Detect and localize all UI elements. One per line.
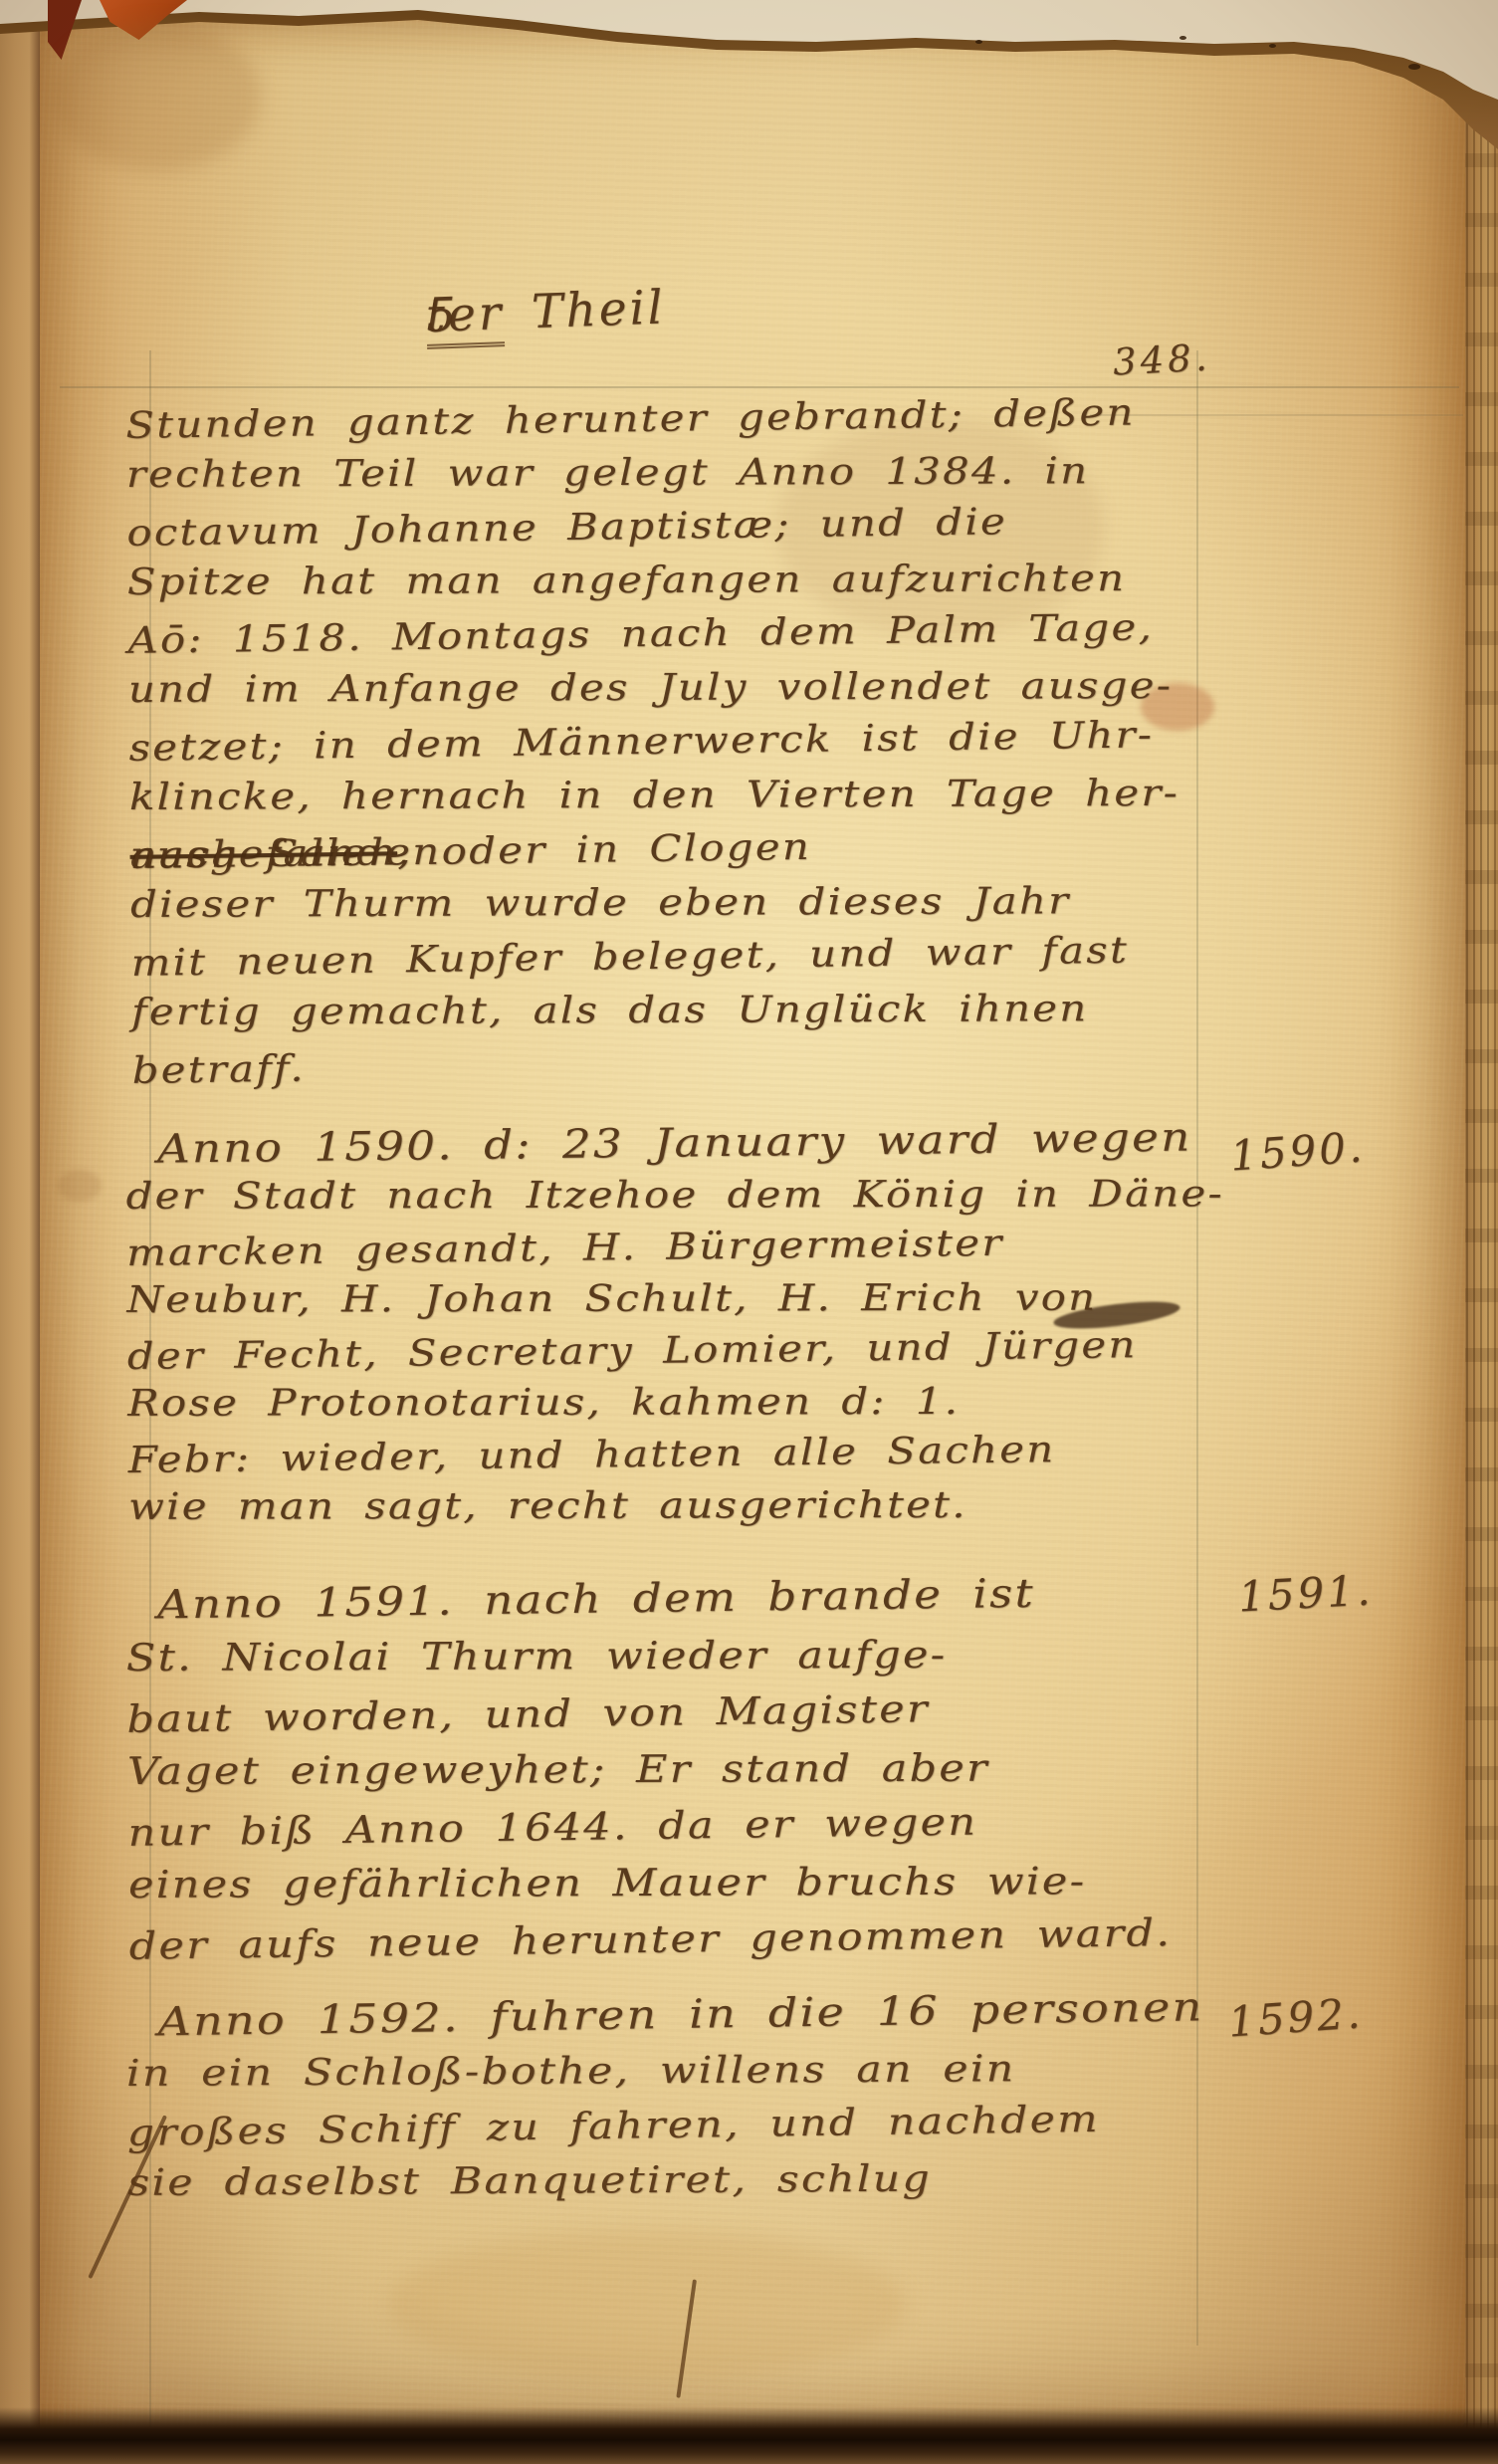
damp-stain [388,2230,906,2379]
text-line: Febr: wieder, und hatten alle Sachen [127,1422,1226,1486]
edge-speck [975,40,982,44]
heading-word: Theil [531,280,666,339]
text-line: betraff. [131,1030,1182,1098]
corner-aging-stain [52,22,261,171]
text-line: der Fecht, Secretary Lomier, und Jürgen [126,1318,1225,1383]
text-line: der Stadt nach Itzehoe dem König in Däne… [126,1168,1224,1223]
ruled-line-horizontal [60,386,1459,388]
text-line: dieser Thurm wurde eben dieses Jahr [130,874,1180,932]
edge-speck [1408,64,1420,70]
text-line: wie man sagt, recht ausgerichtet. [128,1478,1226,1533]
text-line: setzet; in dem Männerwerck ist die Uhr- [128,708,1179,776]
margin-year-1590: 1590. [1228,1122,1366,1180]
text-line: eines gefährlichen Mauer bruchs wie- [128,1853,1172,1913]
text-line: rechten Teil war gelegt Anno 1384. in [126,444,1177,502]
text-line: klincke, hernach in den Vierten Tage her… [129,767,1179,824]
paragraph-anno-1592: Anno 1592. fuhren in die 16 personen in … [125,1983,1206,2212]
text-line: fertig gemacht, als das Unglück ihnen [131,982,1181,1039]
text-line: Vaget eingeweyhet; Er stand aber [127,1739,1171,1800]
text-line-with-strikethrough: nach Sanden ausgefallen, oder in Clogen [129,815,1180,883]
page-heading: 5ter Theil [425,285,533,343]
text-line: Aō: 1518. Montags nach dem Palm Tage, [127,600,1178,668]
text-line: Rose Protonotarius, kahmen d: 1. [127,1375,1225,1430]
text-line: sie daselbst Banquetiret, schlug [127,2149,1206,2210]
text-segment: , oder in Clogen [397,820,812,879]
text-line: Anno 1590. d: 23 January ward wegen [125,1111,1224,1176]
text-line: Stunden gantz herunter gebrandt; deßen [125,385,1177,453]
text-line: St. Nicolai Thurm wieder aufge- [126,1626,1170,1686]
text-line: Anno 1591. nach dem brande ist [125,1564,1169,1635]
paragraph-anno-1590: Anno 1590. d: 23 January ward wegen der … [125,1114,1226,1535]
text-line: mit neuen Kupfer beleget, und war fast [130,923,1181,991]
text-segment: nach Sanden [129,825,442,883]
margin-year-1591: 1591. [1237,1565,1375,1621]
margin-year-1592: 1592. [1226,1988,1364,2046]
paragraph-intro: Stunden gantz herunter gebrandt; deßen r… [125,388,1182,1095]
foxing-spot [58,1170,102,1202]
text-line: der aufs neue herunter genommen ward. [128,1904,1172,1975]
text-line: octavum Johanne Baptistæ; und die [126,493,1177,560]
book-bottom-shadow [0,2407,1498,2464]
text-line: Spitze hat man angefangen aufzurichten [127,552,1177,609]
text-line: und im Anfange des July vollendet ausge- [128,659,1178,717]
manuscript-photo: 5ter Theil 348. Stunden gantz herunter g… [0,0,1498,2464]
text-line: Neubur, H. Johan Schult, H. Erich von [126,1271,1224,1326]
paragraph-anno-1591: Anno 1591. nach dem brande ist St. Nicol… [125,1567,1172,1972]
text-line: baut worden, und von Magister [126,1678,1170,1748]
text-line: marcken gesandt, H. Bürgermeister [126,1215,1225,1279]
previous-page-edge [0,0,42,2464]
edge-speck [1179,36,1186,40]
text-line: nur biß Anno 1644. da er wegen [127,1791,1171,1862]
heading-number: 5 [425,288,460,343]
edge-speck [1269,44,1276,48]
page-number: 348. [1112,336,1212,383]
